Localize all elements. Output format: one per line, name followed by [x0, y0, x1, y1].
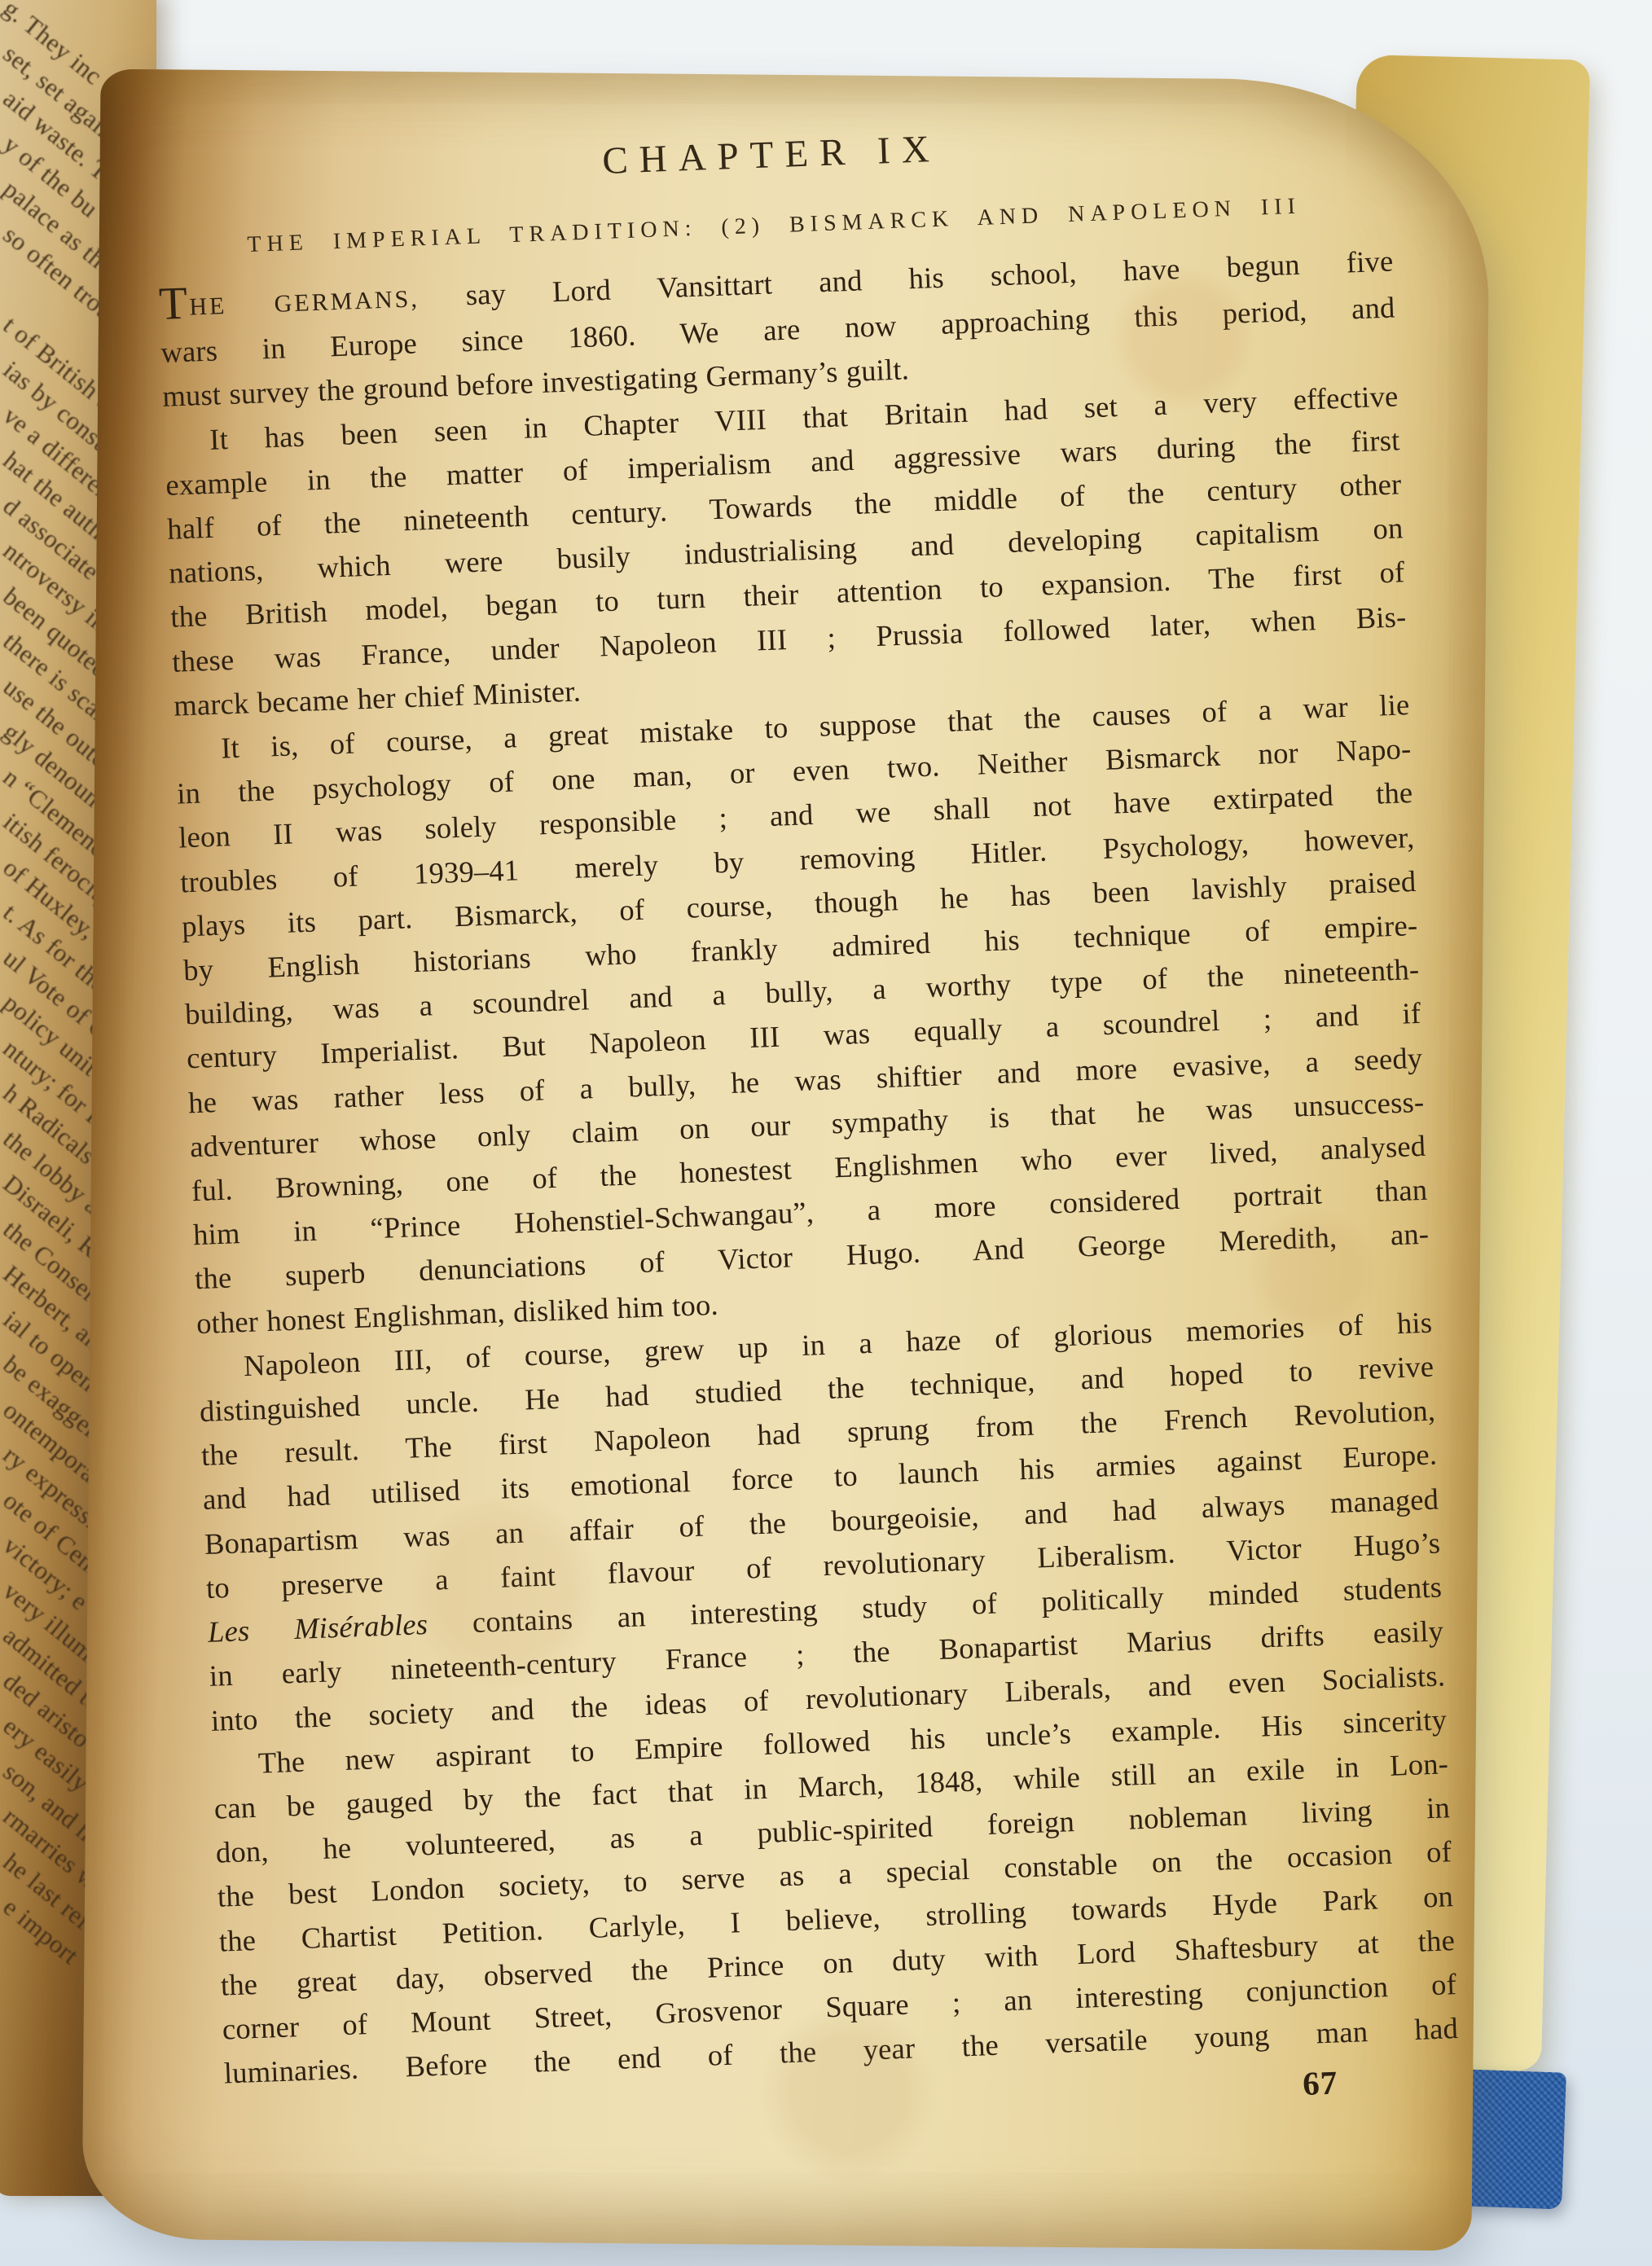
paragraph-3: It is, of course, a great mistake to sup…: [174, 683, 1431, 1346]
page-text: CHAPTER IX THE IMPERIAL TRADITION: (2) B…: [152, 78, 1461, 2143]
paragraph-2-lines: It has been seen in Chapter VIII that Br…: [163, 374, 1408, 728]
paragraph-4: Napoleon III, of course, grew up in a ha…: [197, 1300, 1446, 1742]
book-page: CHAPTER IX THE IMPERIAL TRADITION: (2) B…: [81, 69, 1490, 2251]
paragraph-4-lines-a: Napoleon III, of course, grew up in a ha…: [197, 1300, 1441, 1610]
book-photo: g. They incset, set againaid waste. Ty o…: [0, 0, 1652, 2266]
paragraph-3-lines: It is, of course, a great mistake to sup…: [174, 683, 1431, 1346]
paragraph-5-lines: The new aspirant to Empire followed his …: [212, 1697, 1459, 2096]
paragraph-2: It has been seen in Chapter VIII that Br…: [163, 374, 1408, 728]
book-title-italic: Les Misérables: [207, 1607, 428, 1649]
chapter-heading: CHAPTER IX: [154, 111, 1390, 200]
drop-cap: T: [158, 278, 188, 330]
small-caps-lead: he Germans,: [189, 285, 420, 320]
paragraph-5: The new aspirant to Empire followed his …: [212, 1697, 1459, 2096]
